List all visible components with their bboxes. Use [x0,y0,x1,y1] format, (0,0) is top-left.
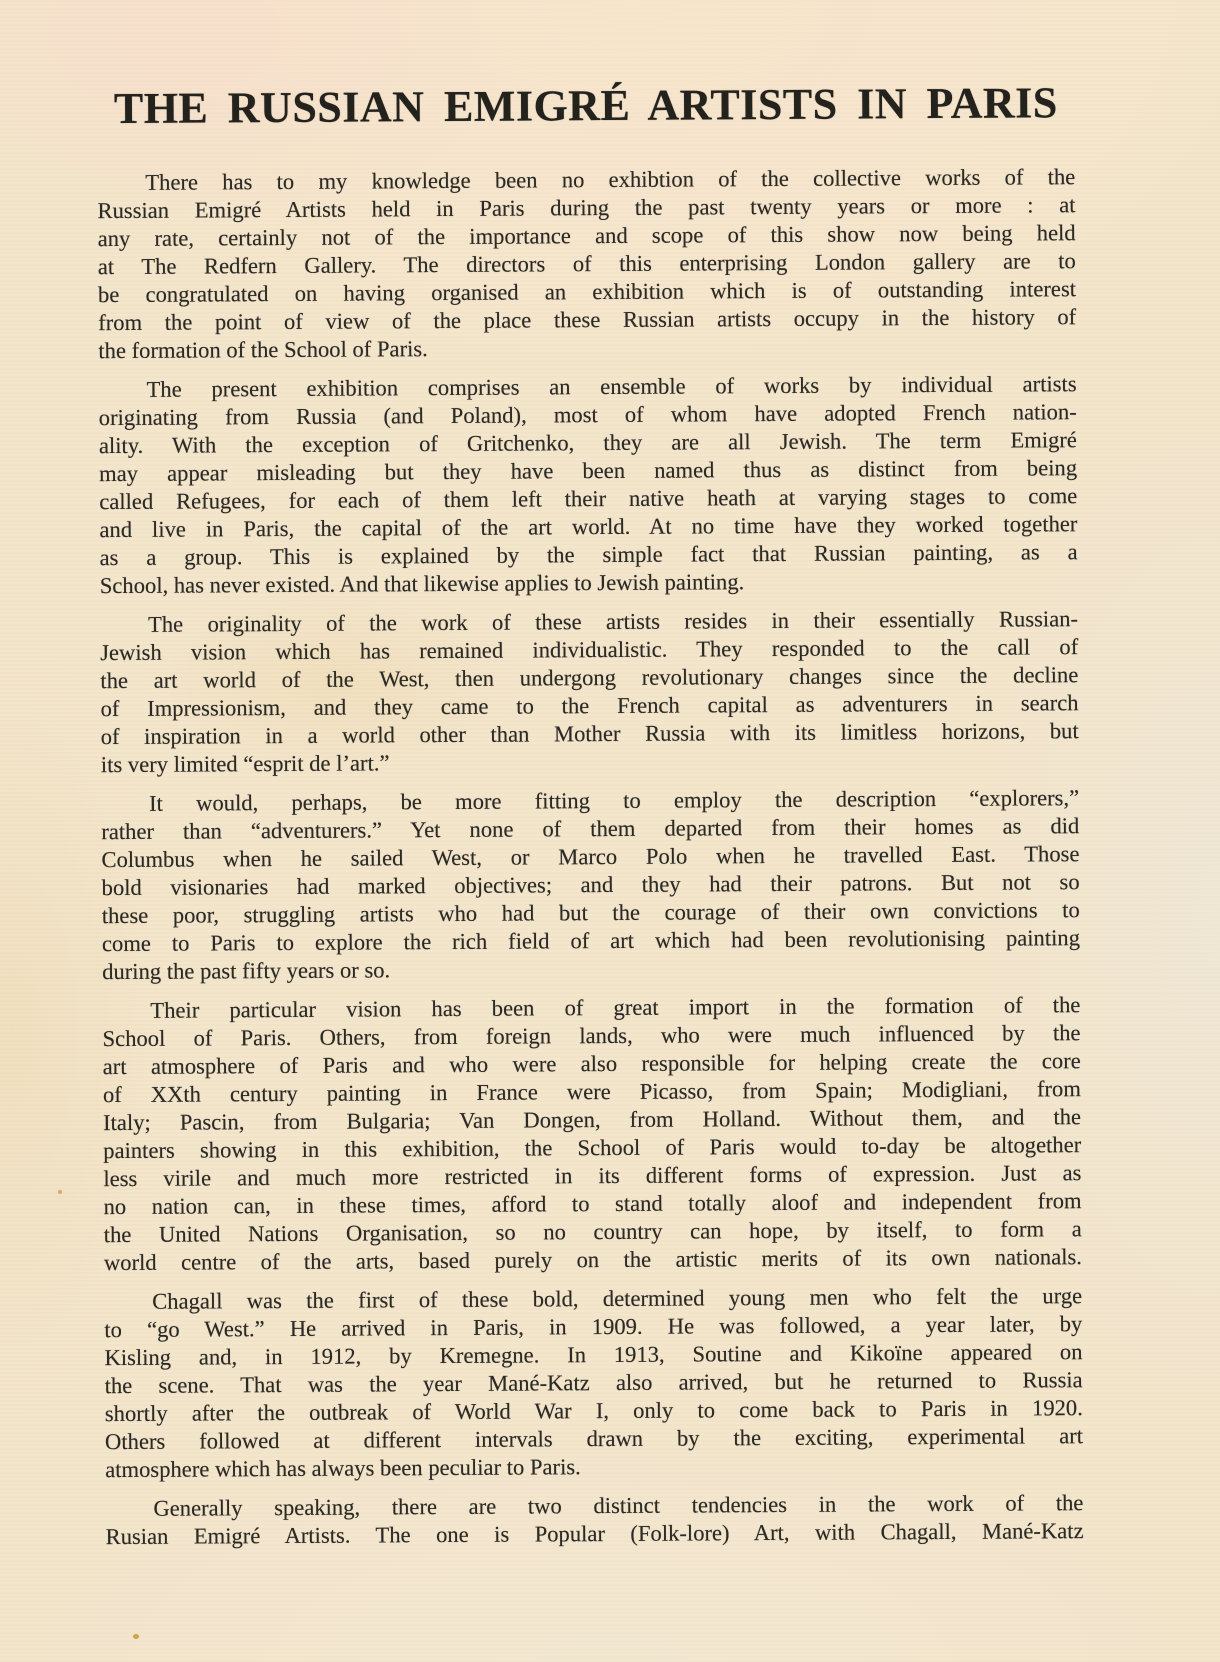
text-body: There has to my knowledge been no exhibt… [97,164,1083,1552]
paragraph: Their particular vision has been of grea… [102,992,1082,1278]
paper-stain-speck [133,1634,139,1639]
scanned-page: { "page": { "title": "THE RUSSIAN EMIGRÉ… [0,0,1220,1662]
text-line: Rusian Emigré Artists. The one is Popula… [106,1518,1084,1552]
text-line: world centre of the arts, based purely o… [104,1244,1082,1278]
page-content: THE RUSSIAN EMIGRÉ ARTISTS IN PARIS Ther… [0,0,1220,1552]
text-line: its very limited “esprit de l’art.” [101,746,1079,780]
page-title: THE RUSSIAN EMIGRÉ ARTISTS IN PARIS [97,79,1075,133]
paragraph: The present exhibition comprises an ense… [99,371,1078,601]
paragraph: Generally speaking, there are two distin… [105,1490,1083,1552]
text-line: atmosphere which has always been peculia… [105,1451,1083,1485]
text-line: School, has never existed. And that like… [100,567,1078,601]
paragraph: It would, perhaps, be more fitting to em… [101,785,1080,987]
paragraph: The originality of the work of these art… [100,606,1079,780]
paragraph: There has to my knowledge been no exhibt… [97,164,1076,366]
paragraph: Chagall was the first of these bold, det… [104,1283,1083,1485]
text-line: the formation of the School of Paris. [98,332,1076,366]
text-line: during the past fifty years or so. [102,953,1080,987]
